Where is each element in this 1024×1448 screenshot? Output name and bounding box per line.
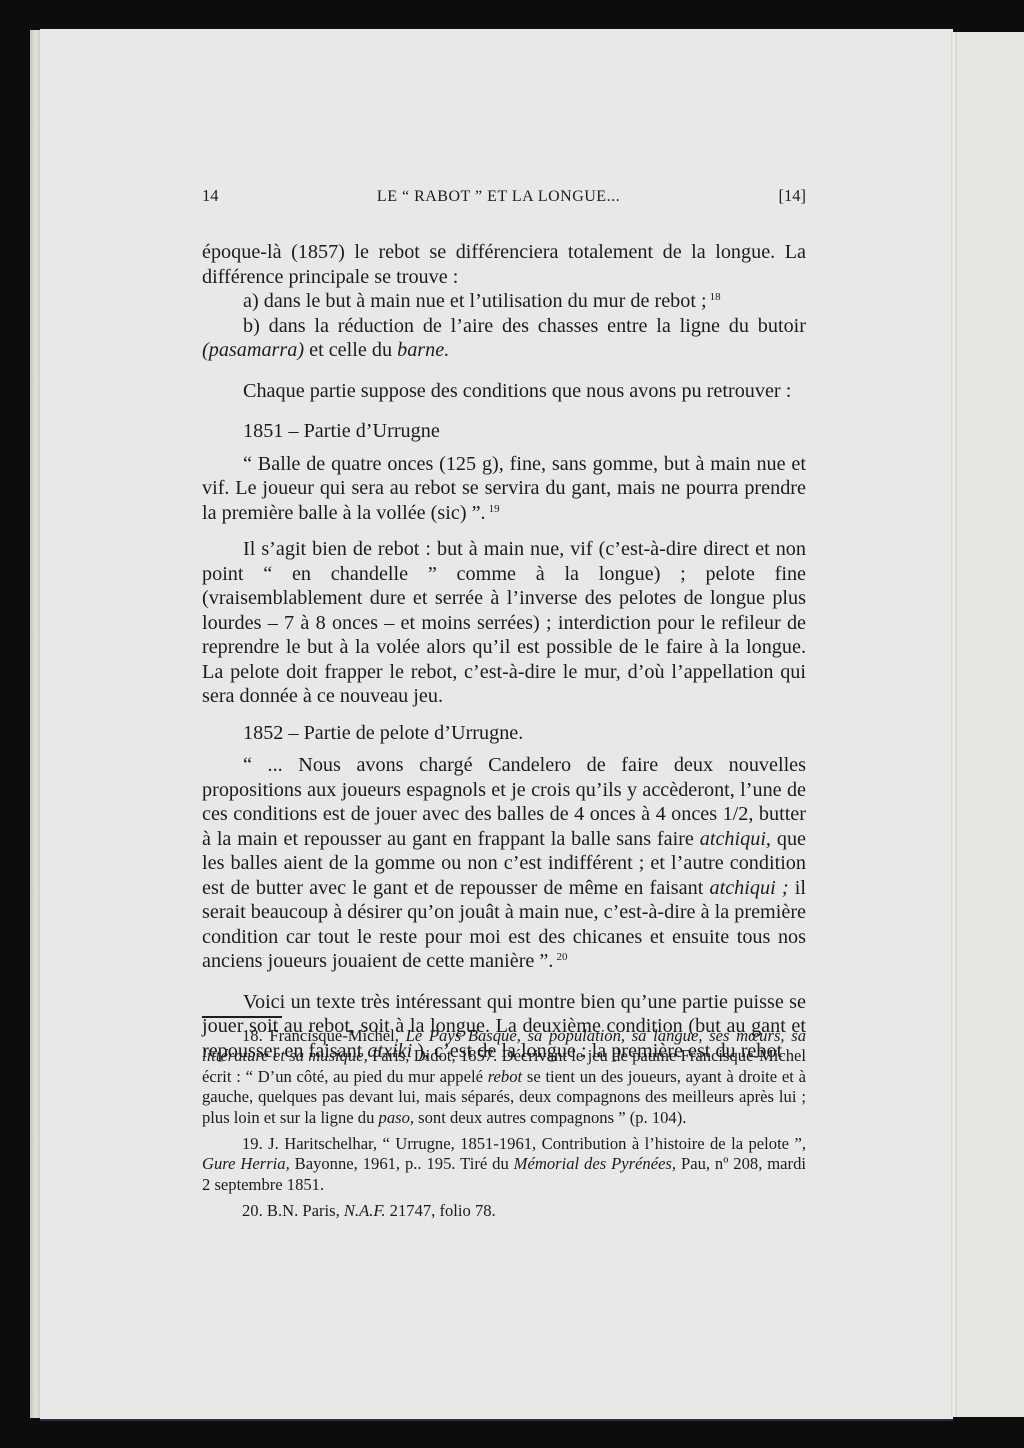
italic-title: Mémorial des Pyrénées, xyxy=(514,1154,676,1173)
paragraph-text: époque-là (1857) le rebot se différencie… xyxy=(202,241,806,288)
section-heading-1852: 1852 – Partie de pelote d’Urrugne. xyxy=(202,721,806,746)
italic-term: atchiqui, xyxy=(700,828,771,850)
quote-1851: “ Balle de quatre onces (125 g), fine, s… xyxy=(202,452,806,526)
running-title: LE “ RABOT ” ET LA LONGUE... xyxy=(377,188,620,206)
footnote-divider xyxy=(202,1016,282,1018)
running-header: 14 LE “ RABOT ” ET LA LONGUE... [14] xyxy=(202,186,806,208)
footnote-text: 21747, folio 78. xyxy=(386,1201,496,1220)
footnote-19: 19. J. Haritschelhar, “ Urrugne, 1851-19… xyxy=(202,1134,806,1195)
list-item-b: b) dans la réduction de l’aire des chass… xyxy=(202,314,806,363)
footnote-18: 18. Francisque-Michel, Le Pays Basque, s… xyxy=(202,1026,806,1128)
footnote-text: 20. B.N. Paris, xyxy=(242,1201,344,1220)
italic-term: rebot xyxy=(488,1067,522,1086)
paragraph: Il s’agit bien de rebot : but à main nue… xyxy=(202,537,806,709)
italic-title: N.A.F. xyxy=(344,1201,386,1220)
footnote-ref-20[interactable]: 20 xyxy=(556,951,567,963)
paragraph-text: Chaque partie suppose des conditions que… xyxy=(243,380,791,402)
quote-1852: “ ... Nous avons chargé Candelero de fai… xyxy=(202,753,806,974)
footnote-20: 20. B.N. Paris, N.A.F. 21747, folio 78. xyxy=(202,1201,806,1221)
footnote-ref-19[interactable]: 19 xyxy=(489,503,500,515)
page-number: 14 xyxy=(202,186,219,206)
footnote-text: sont deux autres compagnons ” (p. 104). xyxy=(414,1108,686,1127)
footnotes: 18. Francisque-Michel, Le Pays Basque, s… xyxy=(202,1026,806,1222)
body-text: époque-là (1857) le rebot se différencie… xyxy=(202,240,806,1063)
paragraph: époque-là (1857) le rebot se différencie… xyxy=(202,240,806,289)
quote-text: “ Balle de quatre onces (125 g), fine, s… xyxy=(202,453,806,524)
section-heading-1851: 1851 – Partie d’Urrugne xyxy=(202,419,806,444)
footnote-text: 18. Francisque-Michel, xyxy=(242,1026,406,1045)
list-item-a: a) dans le but à main nue et l’utilisati… xyxy=(202,289,806,314)
text: et celle du xyxy=(304,339,397,361)
heading-text: 1851 – Partie d’Urrugne xyxy=(243,420,440,442)
footnote-ref-18[interactable]: 18 xyxy=(710,291,721,303)
footnote-text: Bayonne, 1961, p.. 195. Tiré du xyxy=(290,1154,514,1173)
italic-term: paso, xyxy=(379,1108,415,1127)
paragraph: Chaque partie suppose des conditions que… xyxy=(202,379,806,404)
footnote-text: 19. J. Haritschelhar, “ Urrugne, 1851-19… xyxy=(242,1134,806,1153)
paragraph-text: Il s’agit bien de rebot : but à main nue… xyxy=(202,538,806,707)
list-item-text: a) dans le but à main nue et l’utilisati… xyxy=(243,290,707,312)
list-item-text: b) dans la réduction de l’aire des chass… xyxy=(243,315,806,337)
heading-text: 1852 – Partie de pelote d’Urrugne. xyxy=(243,722,523,744)
italic-term: (pasamarra) xyxy=(202,339,304,361)
facing-page-edge xyxy=(957,32,1024,1417)
italic-term: barne. xyxy=(397,339,449,361)
bracket-page-number: [14] xyxy=(779,186,807,206)
italic-term: atchiqui ; xyxy=(710,877,789,899)
italic-title: Gure Herria, xyxy=(202,1154,290,1173)
